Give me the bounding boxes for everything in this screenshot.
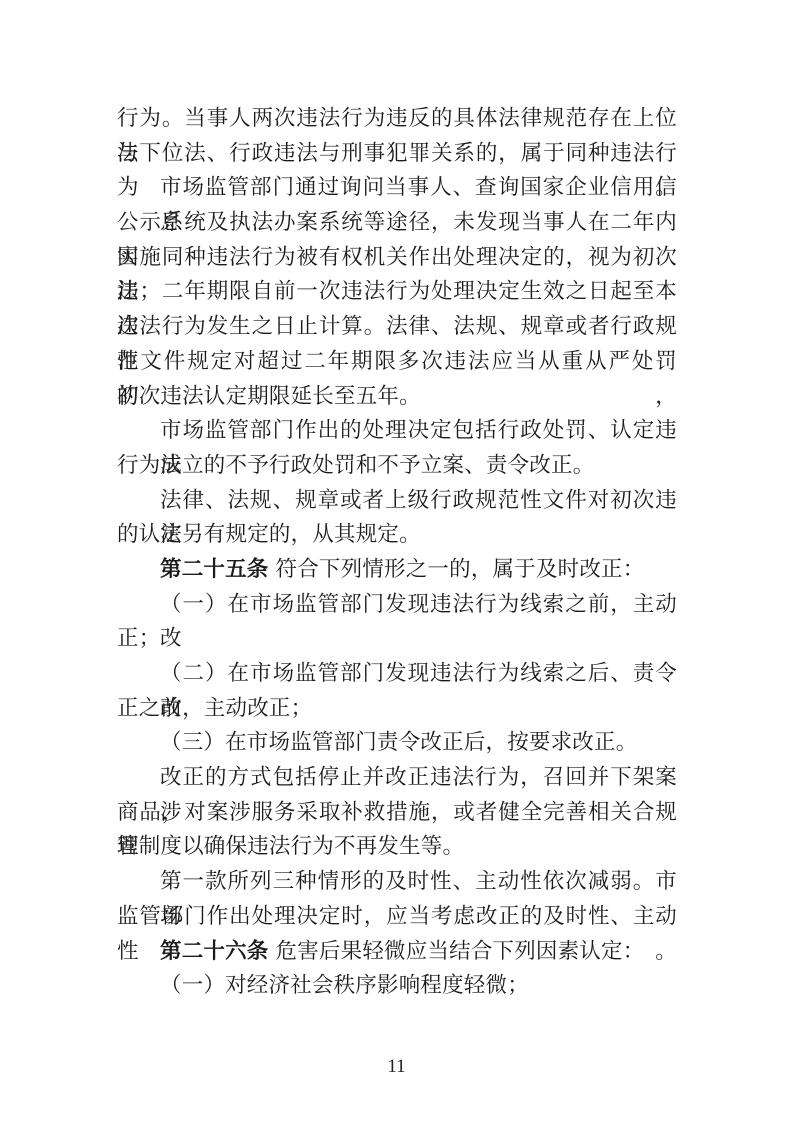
text-segment: 正；	[117, 626, 160, 650]
text-segment: 行为成立的不予行政处罚和不予立案、责令改正。	[117, 453, 594, 477]
text-line: 正之前，主动改正；	[117, 691, 677, 726]
text-line: 法；二年期限自前一次违法行为处理决定生效之日起至本次	[117, 274, 677, 309]
text-line: 第一款所列三种情形的及时性、主动性依次减弱。市场	[117, 864, 677, 899]
document-text-block: 行为。当事人两次违法行为违反的具体法律规范存在上位法与下位法、行政违法与刑事犯罪…	[117, 101, 677, 1003]
article-heading: 第二十六条	[160, 939, 269, 963]
text-segment: 正之前，主动改正；	[117, 696, 312, 720]
text-line: 理制度以确保违法行为不再发生等。	[117, 829, 677, 864]
text-line: 的认定另有规定的，从其规定。	[117, 517, 677, 552]
text-line: 监管部门作出处理决定时，应当考虑改正的及时性、主动性。	[117, 899, 677, 934]
text-segment: （三）在市场监管部门责令改正后，按要求改正。	[160, 730, 637, 754]
text-line: 公示系统及执法办案系统等途径，未发现当事人在二年内因	[117, 205, 677, 240]
text-line: 第二十五条符合下列情形之一的，属于及时改正：	[117, 552, 677, 587]
article-heading: 第二十五条	[160, 557, 269, 581]
text-line: 违法行为发生之日止计算。法律、法规、规章或者行政规范	[117, 309, 677, 344]
text-line: 法律、法规、规章或者上级行政规范性文件对初次违法	[117, 483, 677, 518]
text-segment: 的认定另有规定的，从其规定。	[117, 522, 421, 546]
text-line: 改正的方式包括停止并改正违法行为，召回并下架案涉	[117, 760, 677, 795]
text-line: 行为成立的不予行政处罚和不予立案、责令改正。	[117, 448, 677, 483]
text-line: 与下位法、行政违法与刑事犯罪关系的，属于同种违法行为。	[117, 136, 677, 171]
text-segment: 危害后果轻微应当结合下列因素认定：	[276, 939, 645, 963]
text-line: 市场监管部门作出的处理决定包括行政处罚、认定违法	[117, 413, 677, 448]
text-line: 实施同种违法行为被有权机关作出处理决定的，视为初次违	[117, 240, 677, 275]
text-line: （二）在市场监管部门发现违法行为线索之后、责令改	[117, 656, 677, 691]
page-number: 11	[0, 1055, 793, 1079]
text-line: 正；	[117, 621, 677, 656]
document-page: 行为。当事人两次违法行为违反的具体法律规范存在上位法与下位法、行政违法与刑事犯罪…	[0, 0, 793, 1122]
text-segment: （一）对经济社会秩序影响程度轻微；	[160, 973, 529, 997]
text-segment: 符合下列情形之一的，属于及时改正：	[276, 557, 645, 581]
text-line: 性文件规定对超过二年期限多次违法应当从重从严处罚的，	[117, 344, 677, 379]
text-line: （一）在市场监管部门发现违法行为线索之前，主动改	[117, 587, 677, 622]
text-segment: 理制度以确保违法行为不再发生等。	[117, 834, 464, 858]
text-line: （一）对经济社会秩序影响程度轻微；	[117, 968, 677, 1003]
text-segment: 初次违法认定期限延长至五年。	[117, 384, 421, 408]
text-line: 商品，对案涉服务采取补救措施，或者健全完善相关合规管	[117, 795, 677, 830]
text-line: 行为。当事人两次违法行为违反的具体法律规范存在上位法	[117, 101, 677, 136]
text-line: （三）在市场监管部门责令改正后，按要求改正。	[117, 725, 677, 760]
text-line: 市场监管部门通过询问当事人、查询国家企业信用信息	[117, 170, 677, 205]
text-line: 第二十六条危害后果轻微应当结合下列因素认定：	[117, 934, 677, 969]
